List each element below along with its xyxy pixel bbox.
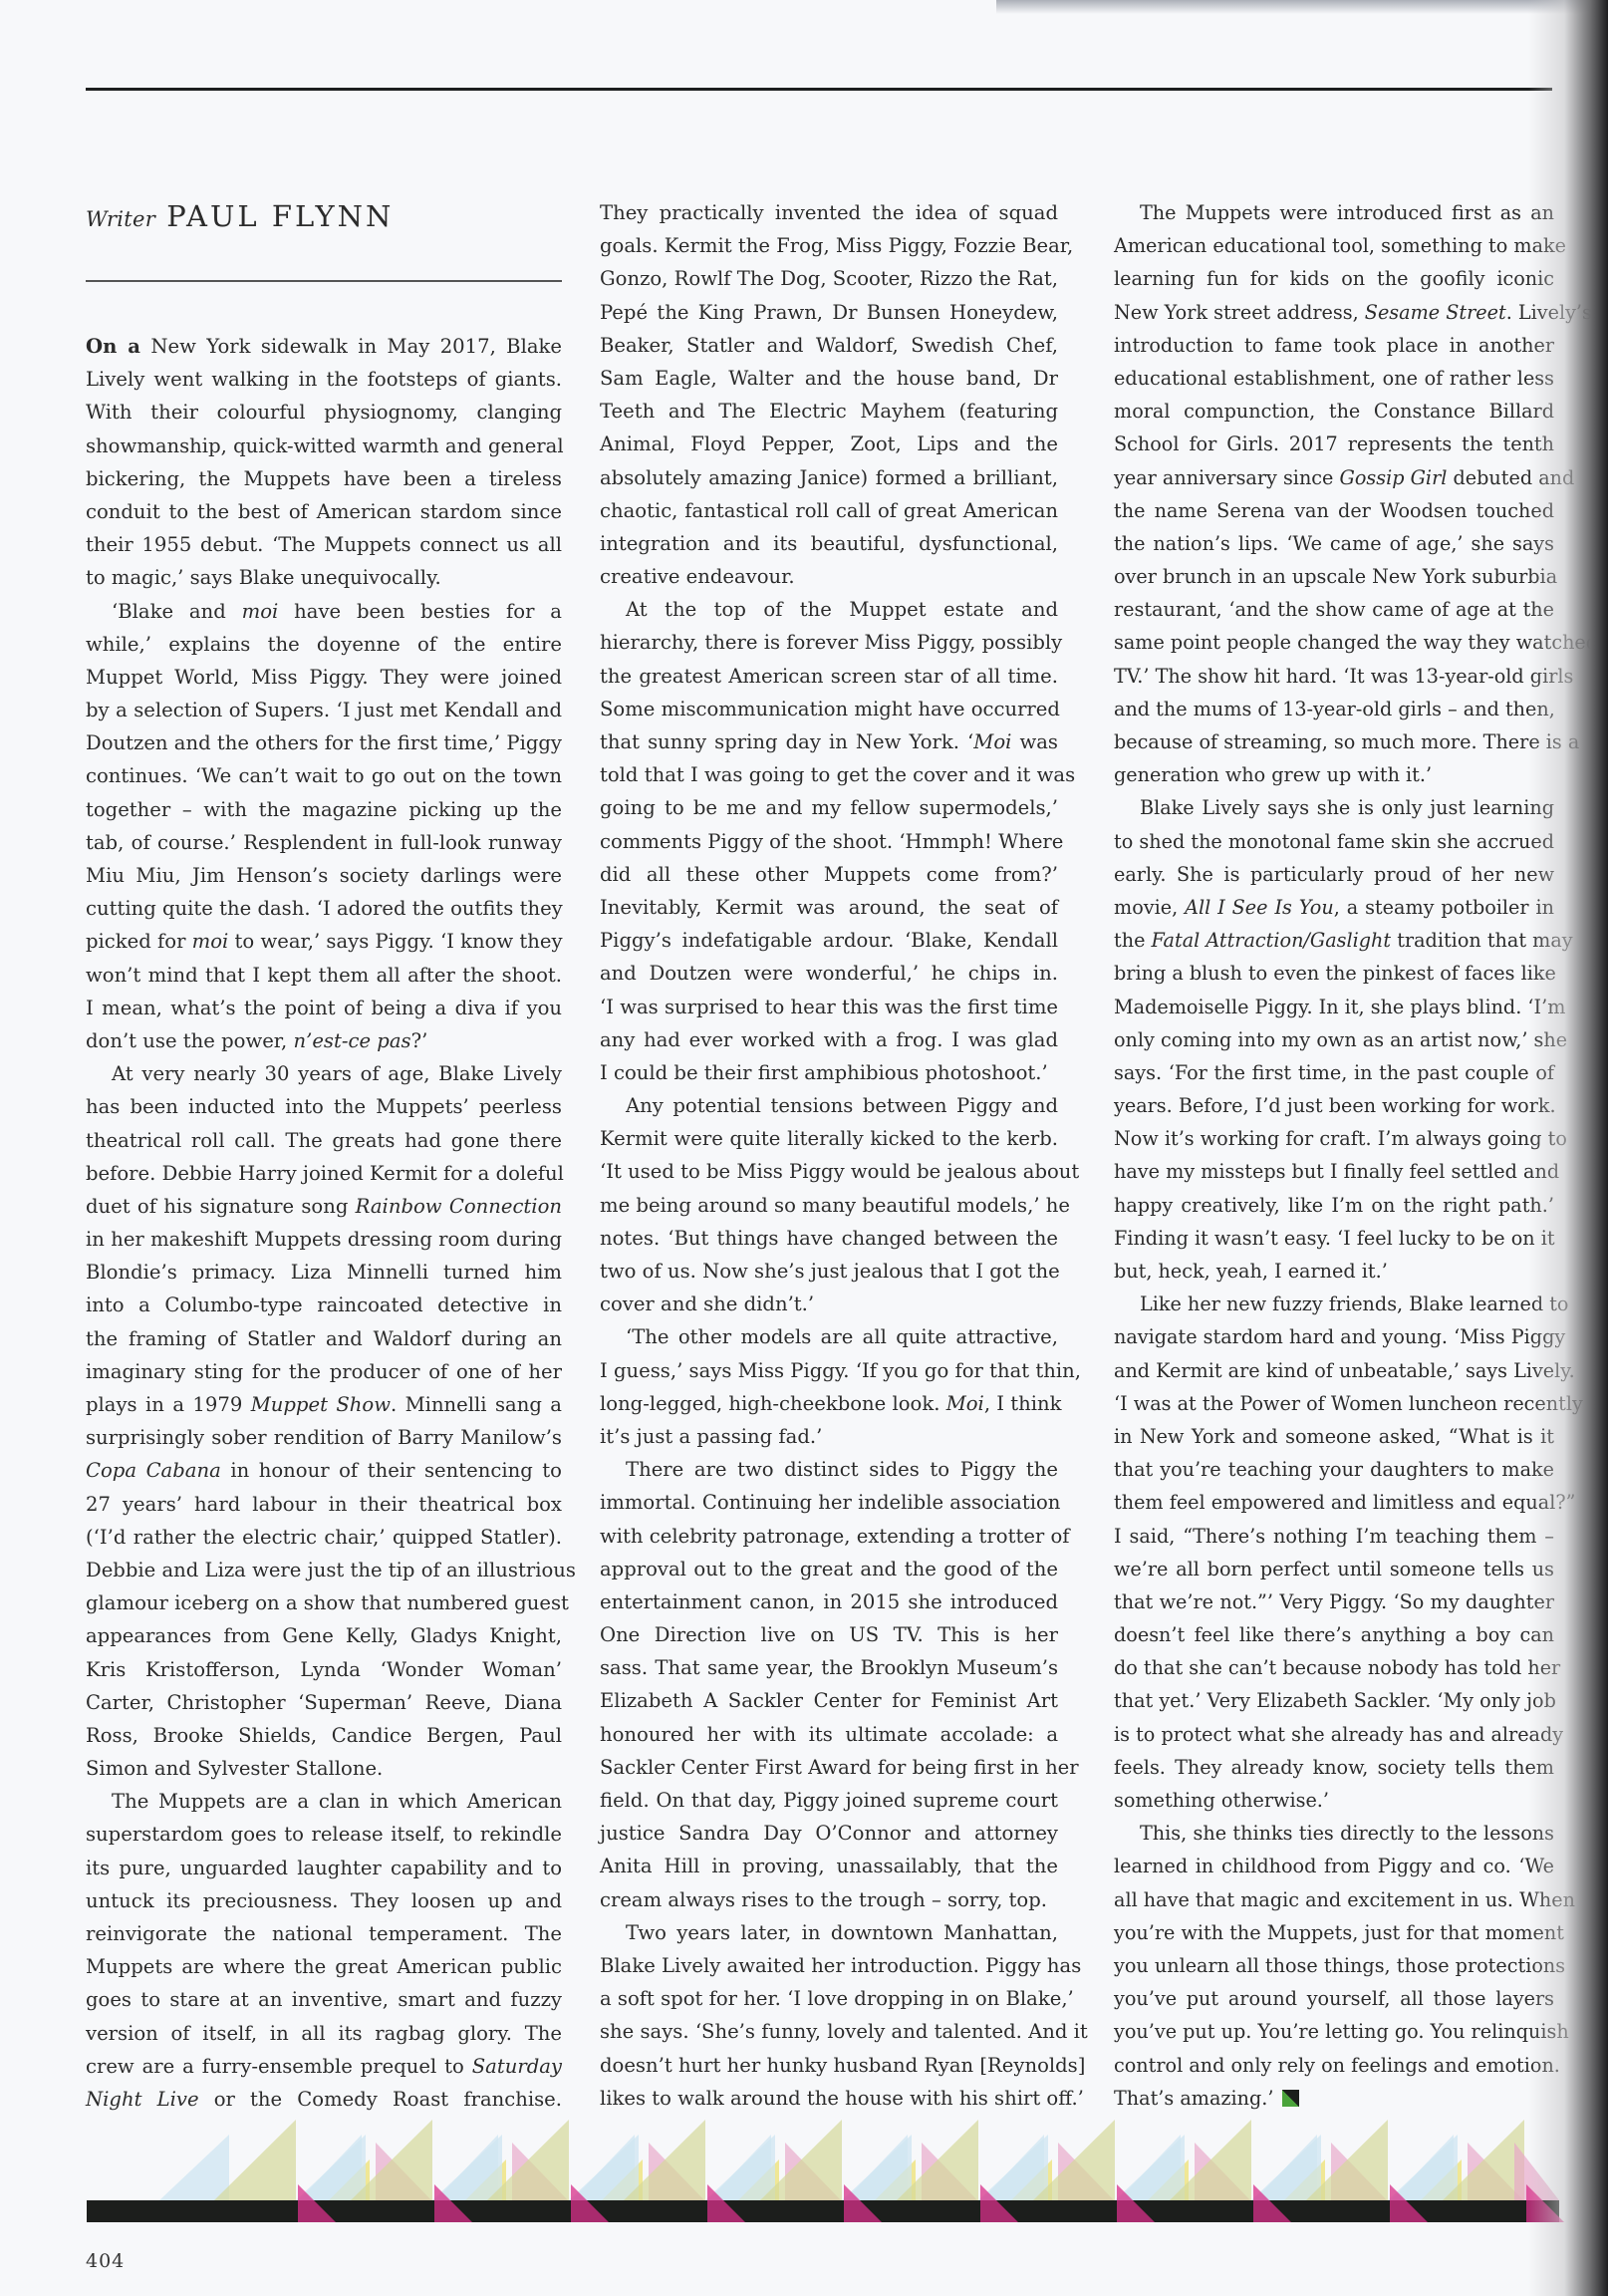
body-text: movie, [1114,896,1185,919]
body-text: happy creatively, like I’m on the right … [1114,1194,1554,1217]
text-line: bring a blush to even the pinkest of fac… [1114,957,1554,990]
text-line: two of us. Now she’s just jealous that I… [600,1255,1058,1288]
italic-text: Rainbow Connection [356,1195,562,1218]
text-line: Sam Eagle, Walter and the house band, Dr [600,362,1058,395]
body-text: The Muppets are a clan in which American [112,1790,562,1813]
body-text: years. Before, I’d just been working for… [1114,1094,1556,1117]
body-text: showmanship, quick-witted warmth and gen… [86,434,564,457]
body-text: hierarchy, there is forever Miss Piggy, … [600,631,1062,654]
text-line: in New York and someone asked, “What is … [1114,1420,1554,1453]
body-text: bickering, the Muppets have been a tirel… [86,467,562,490]
body-text: duet of his signature song [86,1195,356,1218]
text-line: With their colourful physiognomy, clangi… [86,396,562,429]
text-line: cream always rises to the trough – sorry… [600,1883,1058,1916]
text-line: but, heck, yeah, I earned it.’ [1114,1255,1554,1288]
body-text: continues. ‘We can’t wait to go out on t… [86,764,562,787]
text-line: Like her new fuzzy friends, Blake learne… [1114,1288,1554,1320]
text-line: happy creatively, like I’m on the right … [1114,1189,1554,1222]
text-line: creative endeavour. [600,560,1058,593]
text-line: Ross, Brooke Shields, Candice Bergen, Pa… [86,1719,562,1752]
body-text: Kermit were quite literally kicked to th… [600,1127,1058,1150]
body-text: Mademoiselle Piggy. In it, she plays bli… [1114,996,1565,1018]
body-text: School for Girls. 2017 represents the te… [1114,432,1554,455]
text-line: and the mums of 13-year-old girls – and … [1114,693,1554,725]
text-line: long-legged, high-cheekbone look. Moi, I… [600,1387,1058,1420]
text-line: comments Piggy of the shoot. ‘Hmmph! Whe… [600,825,1058,858]
text-line: Blake Lively says she is only just learn… [1114,791,1554,824]
body-text: Miu Miu, Jim Henson’s society darlings w… [86,864,562,887]
text-line: ‘The other models are all quite attracti… [600,1320,1058,1353]
body-text: absolutely amazing Janice) formed a bril… [600,466,1058,489]
text-line: (‘I’d rather the electric chair,’ quippe… [86,1521,562,1554]
bold-lead-in: On a [86,335,140,358]
body-text: The Muppets were introduced first as an [1140,201,1554,224]
body-text: sass. That same year, the Brooklyn Museu… [600,1656,1058,1679]
text-line: you’ve put up. You’re letting go. You re… [1114,2015,1554,2048]
body-text: something otherwise.’ [1114,1789,1329,1812]
body-text: Muppets are where the great American pub… [86,1955,562,1978]
text-line: Blake Lively awaited her introduction. P… [600,1949,1058,1982]
body-text: Doutzen and the others for the first tim… [86,731,562,754]
text-line: School for Girls. 2017 represents the te… [1114,428,1554,460]
body-text: you’re with the Muppets, just for that m… [1114,1921,1564,1944]
body-text: One Direction live on US TV. This is her [600,1623,1058,1646]
text-line: hierarchy, there is forever Miss Piggy, … [600,626,1058,659]
body-text: There are two distinct sides to Piggy th… [626,1458,1058,1481]
body-text: debuted and [1447,466,1574,489]
text-line: into a Columbo-type raincoated detective… [86,1289,562,1321]
body-text: . Minnelli sang a [391,1393,562,1416]
body-text: theatrical roll call. The greats had gon… [86,1129,562,1152]
text-line: version of itself, in all its ragbag glo… [86,2017,562,2050]
text-line: educational establishment, one of rather… [1114,362,1554,395]
text-line: them feel empowered and limitless and eq… [1114,1486,1554,1519]
text-line: I could be their first amphibious photos… [600,1056,1058,1089]
body-text: a soft spot for her. ‘I love dropping in… [600,1987,1074,2010]
body-text: their 1955 debut. ‘The Muppets connect u… [86,533,562,556]
byline-role: Writer [86,207,155,231]
text-line: American educational tool, something to … [1114,229,1554,262]
text-line: Piggy’s indefatigable ardour. ‘Blake, Ke… [600,924,1058,957]
body-text: , a steamy potboiler in [1334,896,1554,919]
text-line: do that she can’t because nobody has tol… [1114,1651,1554,1684]
text-line: we’re all born perfect until someone tel… [1114,1553,1554,1585]
body-text: do that she can’t because nobody has tol… [1114,1656,1560,1679]
body-text: but, heck, yeah, I earned it.’ [1114,1260,1388,1283]
text-line: any had ever worked with a frog. I was g… [600,1023,1058,1056]
body-text: into a Columbo-type raincoated detective… [86,1293,562,1316]
body-text: and Kermit are kind of unbeatable,’ says… [1114,1359,1575,1382]
italic-text: Gossip Girl [1340,466,1448,489]
body-text: in New York and someone asked, “What is … [1114,1425,1554,1448]
text-line: immortal. Continuing her indelible assoc… [600,1486,1058,1519]
text-line: Muppet World, Miss Piggy. They were join… [86,661,562,694]
text-line: plays in a 1979 Muppet Show. Minnelli sa… [86,1388,562,1421]
body-text: Gonzo, Rowlf The Dog, Scooter, Rizzo the… [600,267,1058,290]
body-text: Beaker, Statler and Waldorf, Swedish Che… [600,334,1058,357]
body-text: Animal, Floyd Pepper, Zoot, Lips and the [600,432,1058,455]
text-line: have my missteps but I finally feel sett… [1114,1155,1554,1188]
body-text: in honour of their sentencing to [221,1459,562,1482]
italic-text: Moi [946,1392,984,1415]
text-line: goals. Kermit the Frog, Miss Piggy, Fozz… [600,229,1058,262]
body-text: (‘I’d rather the electric chair,’ quippe… [86,1526,562,1549]
body-text: cover and she didn’t.’ [600,1292,814,1315]
text-line: years. Before, I’d just been working for… [1114,1089,1554,1122]
body-text: educational establishment, one of rather… [1114,367,1554,390]
italic-text: moi [192,930,229,953]
body-text: Sam Eagle, Walter and the house band, Dr [600,367,1058,390]
text-line: Beaker, Statler and Waldorf, Swedish Che… [600,329,1058,362]
body-text: entertainment canon, in 2015 she introdu… [600,1590,1058,1613]
text-line: control and only rely on feelings and em… [1114,2049,1554,2082]
text-line: restaurant, ‘and the show came of age at… [1114,593,1554,626]
text-line: They practically invented the idea of sq… [600,196,1058,229]
text-line: movie, All I See Is You, a steamy potboi… [1114,891,1554,924]
text-line: don’t use the power, n’est-ce pas?’ [86,1024,562,1057]
text-line: Lively went walking in the footsteps of … [86,363,562,396]
text-line: crew are a furry-ensemble prequel to Sat… [86,2050,562,2083]
text-line: The Muppets are a clan in which American [86,1785,562,1818]
body-text: Elizabeth A Sackler Center for Feminist … [600,1689,1058,1712]
italic-text: moi [242,600,279,623]
body-text: Any potential tensions between Piggy and [626,1094,1058,1117]
text-line: says. ‘For the first time, in the past c… [1114,1056,1554,1089]
body-text: integration and its beautiful, dysfuncti… [600,532,1058,555]
body-text: won’t mind that I kept them all after th… [86,964,562,987]
body-text: over brunch in an upscale New York subur… [1114,565,1557,588]
body-text: , I think [984,1392,1062,1415]
body-text: you’ve put around yourself, all those la… [1114,1987,1554,2010]
body-text: and the mums of 13-year-old girls – and … [1114,698,1555,720]
body-text: I could be their first amphibious photos… [600,1061,1048,1084]
text-line: Miu Miu, Jim Henson’s society darlings w… [86,859,562,892]
body-text: doesn’t hurt her hunky husband Ryan [Rey… [600,2054,1085,2077]
body-text: 27 years’ hard labour in their theatrica… [86,1493,562,1516]
article-column-1: On a New York sidewalk in May 2017, Blak… [86,330,562,2116]
body-text: only coming into my own as an artist now… [1114,1028,1567,1051]
body-text: is to protect what she already has and a… [1114,1723,1563,1746]
text-line: she says. ‘She’s funny, lovely and talen… [600,2015,1058,2048]
body-text: Kris Kristofferson, Lynda ‘Wonder Woman’ [86,1658,562,1681]
text-line: to shed the monotonal fame skin she accr… [1114,825,1554,858]
body-text: did all these other Muppets come from?’ [600,863,1058,886]
body-text: version of itself, in all its ragbag glo… [86,2022,562,2045]
text-line: that sunny spring day in New York. ‘Moi … [600,725,1058,758]
text-line: only coming into my own as an artist now… [1114,1023,1554,1056]
body-text: together – with the magazine picking up … [86,798,562,821]
text-line: On a New York sidewalk in May 2017, Blak… [86,330,562,363]
article-column-3: The Muppets were introduced first as anA… [1114,196,1554,2115]
text-line: ‘It used to be Miss Piggy would be jealo… [600,1155,1058,1188]
decorative-triangles [159,2120,1559,2200]
text-line: One Direction live on US TV. This is her [600,1618,1058,1651]
body-text: Like her new fuzzy friends, Blake learne… [1140,1292,1568,1315]
byline-rule [86,280,562,282]
text-line: tab, of course.’ Resplendent in full-loo… [86,826,562,859]
body-text: honoured her with its ultimate accolade:… [600,1723,1058,1746]
body-text: the [1114,929,1152,952]
body-text: crew are a furry-ensemble prequel to [86,2055,472,2078]
body-text: by a selection of Supers. ‘I just met Ke… [86,699,562,721]
body-text: bring a blush to even the pinkest of fac… [1114,962,1556,985]
text-line: its pure, unguarded laughter capability … [86,1852,562,1884]
text-line: year anniversary since Gossip Girl debut… [1114,461,1554,494]
body-text: ‘I was at the Power of Women luncheon re… [1114,1392,1583,1415]
text-line: New York street address, Sesame Street. … [1114,296,1554,329]
body-text: early. She is particularly proud of her … [1114,863,1554,886]
body-text: before. Debbie Harry joined Kermit for a… [86,1162,564,1185]
body-text: its pure, unguarded laughter capability … [86,1857,562,1879]
body-text: TV.’ The show hit hard. ‘It was 13-year-… [1114,665,1573,688]
byline: Writer PAUL FLYNN [86,199,394,233]
body-text: has been inducted into the Muppets’ peer… [86,1095,562,1118]
body-text: any had ever worked with a frog. I was g… [600,1028,1058,1051]
body-text: Some miscommunication might have occurre… [600,698,1060,720]
text-line: and Kermit are kind of unbeatable,’ says… [1114,1354,1554,1387]
text-line: has been inducted into the Muppets’ peer… [86,1090,562,1123]
body-text: Carter, Christopher ‘Superman’ Reeve, Di… [86,1691,562,1714]
body-text: says. ‘For the first time, in the past c… [1114,1061,1554,1084]
text-line: all have that magic and excitement in us… [1114,1883,1554,1916]
body-text: . Lively’s [1506,301,1592,324]
body-text: plays in a 1979 [86,1393,251,1416]
text-line: ‘Blake and moi have been besties for a [86,595,562,628]
body-text: tab, of course.’ Resplendent in full-loo… [86,831,562,854]
text-line: you unlearn all those things, those prot… [1114,1949,1554,1982]
text-line: their 1955 debut. ‘The Muppets connect u… [86,528,562,561]
text-line: to magic,’ says Blake unequivocally. [86,561,562,594]
text-line: Mademoiselle Piggy. In it, she plays bli… [1114,991,1554,1023]
body-text: with celebrity patronage, extending a tr… [600,1525,1070,1548]
body-text: and Doutzen were wonderful,’ he chips in… [600,962,1058,985]
body-text: approval out to the great and the good o… [600,1558,1058,1580]
body-text: glamour iceberg on a show that numbered … [86,1591,569,1614]
body-text: told that I was going to get the cover a… [600,763,1075,786]
text-line: early. She is particularly proud of her … [1114,858,1554,891]
text-line: in her makeshift Muppets dressing room d… [86,1223,562,1256]
body-text: They practically invented the idea of sq… [600,201,1058,224]
body-text: At the top of the Muppet estate and [626,598,1058,621]
italic-text: Copa Cabana [86,1459,221,1482]
text-line: appearances from Gene Kelly, Gladys Knig… [86,1619,562,1652]
text-line: Sackler Center First Award for being fir… [600,1751,1058,1784]
text-line: duet of his signature song Rainbow Conne… [86,1190,562,1223]
body-text: going to be me and my fellow supermodels… [600,796,1058,819]
body-text: ‘Blake and [112,600,242,623]
top-rule [86,88,1552,91]
text-line: showmanship, quick-witted warmth and gen… [86,430,562,462]
body-text: to magic,’ says Blake unequivocally. [86,566,441,589]
body-text: same point people changed the way they w… [1114,631,1598,654]
body-text: learned in childhood from Piggy and co. … [1114,1855,1554,1877]
italic-text: All I See Is You [1185,896,1334,919]
body-text: while,’ explains the doyenne of the enti… [86,633,562,656]
body-text: appearances from Gene Kelly, Gladys Knig… [86,1624,562,1647]
text-line: The Muppets were introduced first as an [1114,196,1554,229]
text-line: This, she thinks ties directly to the le… [1114,1817,1554,1850]
text-line: Some miscommunication might have occurre… [600,693,1058,725]
body-text: long-legged, high-cheekbone look. [600,1392,946,1415]
body-text: introduction to fame took place in anoth… [1114,334,1554,357]
text-line: the nation’s lips. ‘We came of age,’ she… [1114,527,1554,560]
italic-text: Saturday [472,2055,562,2078]
body-text: we’re all born perfect until someone tel… [1114,1558,1554,1580]
body-text: Simon and Sylvester Stallone. [86,1757,383,1780]
body-text: Now it’s working for craft. I’m always g… [1114,1127,1567,1150]
body-text: Blake Lively says she is only just learn… [1140,796,1554,819]
body-text: Blake Lively awaited her introduction. P… [600,1954,1081,1977]
body-text: moral compunction, the Constance Billard [1114,400,1554,423]
text-line: me being around so many beautiful models… [600,1189,1058,1222]
body-text: Debbie and Liza were just the tip of an … [86,1559,576,1581]
text-line: imaginary sting for the producer of one … [86,1355,562,1388]
body-text: justice Sandra Day O’Connor and attorney [600,1822,1058,1845]
text-line: I said, “There’s nothing I’m teaching th… [1114,1520,1554,1553]
body-text: creative endeavour. [600,565,795,588]
body-text: picked for [86,930,192,953]
body-text: doesn’t feel like there’s anything a boy… [1114,1623,1554,1646]
body-text: conduit to the best of American stardom … [86,500,562,523]
text-line: TV.’ The show hit hard. ‘It was 13-year-… [1114,660,1554,693]
body-text: Muppet World, Miss Piggy. They were join… [86,666,562,689]
body-text: untuck its preciousness. They loosen up … [86,1889,562,1912]
body-text: that we’re not.”’ Very Piggy. ‘So my dau… [1114,1590,1554,1613]
text-line: picked for moi to wear,’ says Piggy. ‘I … [86,925,562,958]
body-text: me being around so many beautiful models… [600,1194,1070,1217]
article-column-2: They practically invented the idea of sq… [600,196,1058,2115]
body-text: the framing of Statler and Waldorf durin… [86,1327,562,1350]
text-line: approval out to the great and the good o… [600,1553,1058,1585]
text-line: Muppets are where the great American pub… [86,1950,562,1983]
text-line: generation who grew up with it.’ [1114,758,1554,791]
body-text: Anita Hill in proving, unassailably, tha… [600,1855,1058,1877]
text-line: did all these other Muppets come from?’ [600,858,1058,891]
italic-text: n’est-ce pas [293,1029,410,1052]
text-line: that yet.’ Very Elizabeth Sackler. ‘My o… [1114,1684,1554,1717]
text-line: the greatest American screen star of all… [600,660,1058,693]
text-line: that you’re teaching your daughters to m… [1114,1453,1554,1486]
body-text: the greatest American screen star of all… [600,665,1058,688]
body-text: This, she thinks ties directly to the le… [1140,1822,1554,1845]
body-text: have been besties for a [278,600,562,623]
body-text: goes to stare at an inventive, smart and… [86,1988,562,2011]
text-line: Any potential tensions between Piggy and [600,1089,1058,1122]
text-line: and Doutzen were wonderful,’ he chips in… [600,957,1058,990]
italic-text: Sesame Street [1365,301,1506,324]
body-text: restaurant, ‘and the show came of age at… [1114,598,1554,621]
body-text: to shed the monotonal fame skin she accr… [1114,830,1554,853]
text-line: Simon and Sylvester Stallone. [86,1752,562,1785]
body-text: field. On that day, Piggy joined supreme… [600,1789,1058,1812]
body-text: it’s just a passing fad.’ [600,1425,822,1448]
text-line: justice Sandra Day O’Connor and attorney [600,1817,1058,1850]
text-line: moral compunction, the Constance Billard [1114,395,1554,428]
text-line: learned in childhood from Piggy and co. … [1114,1850,1554,1882]
body-text: reinvigorate the national temperament. T… [86,1922,562,1945]
italic-text: Moi [973,730,1011,753]
body-text: to wear,’ says Piggy. ‘I know they [228,930,562,953]
text-line: Kris Kristofferson, Lynda ‘Wonder Woman’ [86,1653,562,1686]
body-text: Lively went walking in the footsteps of … [86,368,562,391]
body-text: that yet.’ Very Elizabeth Sackler. ‘My o… [1114,1689,1556,1712]
body-text: American educational tool, something to … [1114,234,1566,257]
text-line: chaotic, fantastical roll call of great … [600,494,1058,527]
body-text: learning fun for kids on the goofily ico… [1114,267,1554,290]
text-line: integration and its beautiful, dysfuncti… [600,527,1058,560]
body-text: ?’ [411,1029,428,1052]
body-text: Piggy’s indefatigable ardour. ‘Blake, Ke… [600,929,1058,952]
body-text: have my missteps but I finally feel sett… [1114,1160,1559,1183]
text-line: Anita Hill in proving, unassailably, tha… [600,1850,1058,1882]
text-line: theatrical roll call. The greats had gon… [86,1124,562,1157]
body-text: tradition that may [1391,929,1573,952]
body-text: that you’re teaching your daughters to m… [1114,1458,1554,1481]
text-line: told that I was going to get the cover a… [600,758,1058,791]
body-text: Blondie’s primacy. Liza Minnelli turned … [86,1261,562,1284]
body-text: them feel empowered and limitless and eq… [1114,1491,1575,1514]
body-text: feels. They already know, society tells … [1114,1756,1554,1779]
text-line: untuck its preciousness. They loosen up … [86,1884,562,1917]
body-text: navigate stardom hard and young. ‘Miss P… [1114,1325,1565,1348]
text-line: At the top of the Muppet estate and [600,593,1058,626]
text-line: Carter, Christopher ‘Superman’ Reeve, Di… [86,1686,562,1719]
text-line: that we’re not.”’ Very Piggy. ‘So my dau… [1114,1585,1554,1618]
body-text: two of us. Now she’s just jealous that I… [600,1260,1060,1283]
text-line: Now it’s working for craft. I’m always g… [1114,1122,1554,1155]
text-line: the Fatal Attraction/Gaslight tradition … [1114,924,1554,957]
body-text: the nation’s lips. ‘We came of age,’ she… [1114,532,1554,555]
text-line: notes. ‘But things have changed between … [600,1222,1058,1255]
text-line: continues. ‘We can’t wait to go out on t… [86,759,562,792]
italic-text: Muppet Show [251,1393,391,1416]
scan-shadow-top [996,0,1608,14]
text-line: doesn’t feel like there’s anything a boy… [1114,1618,1554,1651]
text-line: Teeth and The Electric Mayhem (featuring [600,395,1058,428]
text-line: Doutzen and the others for the first tim… [86,726,562,759]
body-text: goals. Kermit the Frog, Miss Piggy, Fozz… [600,234,1073,257]
body-text: At very nearly 30 years of age, Blake Li… [112,1062,562,1085]
text-line: is to protect what she already has and a… [1114,1718,1554,1751]
text-line: superstardom goes to release itself, to … [86,1818,562,1851]
body-text: superstardom goes to release itself, to … [86,1823,562,1846]
body-text: generation who grew up with it.’ [1114,763,1432,786]
body-text: year anniversary since [1114,466,1340,489]
body-text: Sackler Center First Award for being fir… [600,1756,1079,1779]
triangle-shape [159,2135,229,2200]
text-line: won’t mind that I kept them all after th… [86,959,562,992]
body-text: she says. ‘She’s funny, lovely and talen… [600,2020,1088,2043]
text-line: At very nearly 30 years of age, Blake Li… [86,1057,562,1090]
text-line: a soft spot for her. ‘I love dropping in… [600,1982,1058,2015]
text-line: something otherwise.’ [1114,1784,1554,1817]
body-text: Finding it wasn’t easy. ‘I feel lucky to… [1114,1227,1555,1250]
body-text: I mean, what’s the point of being a diva… [86,997,562,1019]
text-line: Animal, Floyd Pepper, Zoot, Lips and the [600,428,1058,460]
text-line: goes to stare at an inventive, smart and… [86,1983,562,2016]
body-text: I guess,’ says Miss Piggy. ‘If you go fo… [600,1359,1081,1382]
body-text: I said, “There’s nothing I’m teaching th… [1114,1525,1554,1548]
body-text: Pepé the King Prawn, Dr Bunsen Honeydew, [600,301,1058,324]
body-text: control and only rely on feelings and em… [1114,2054,1560,2077]
text-line: entertainment canon, in 2015 she introdu… [600,1585,1058,1618]
text-line: Gonzo, Rowlf The Dog, Scooter, Rizzo the… [600,262,1058,295]
text-line: 27 years’ hard labour in their theatrica… [86,1488,562,1521]
text-line: before. Debbie Harry joined Kermit for a… [86,1157,562,1190]
text-line: Inevitably, Kermit was around, the seat … [600,891,1058,924]
text-line: because of streaming, so much more. Ther… [1114,725,1554,758]
text-line: Debbie and Liza were just the tip of an … [86,1554,562,1586]
